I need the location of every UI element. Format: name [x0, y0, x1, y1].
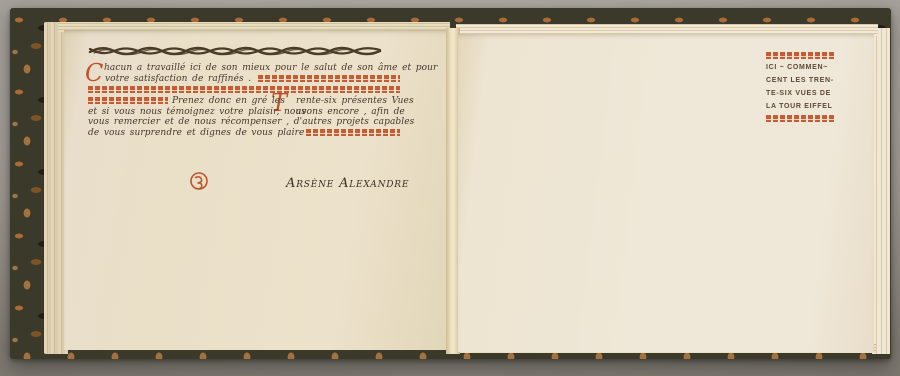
paragraph-line-4b: rente-six présentes Vues: [296, 96, 414, 107]
ornament-strip: [258, 75, 400, 82]
caption-line-1: ICI ~ COMMEN~: [766, 63, 828, 72]
ornament-strip: [88, 86, 400, 93]
paragraph-line-4a: Prenez donc en gré les: [172, 96, 285, 107]
paragraph-line-7: de vous surprendre et dignes de vous pla…: [88, 128, 312, 139]
drop-cap-C: C: [85, 62, 103, 84]
caption-line-2: CENT LES TREN-: [766, 76, 834, 85]
paragraph-line-5a: et si vous nous témoignez votre plaisir,…: [88, 107, 306, 118]
paragraph-line-6: vous remercier et de nous récompenser , …: [88, 117, 414, 128]
left-page: C T hacun a travaillé ici de son mieux p…: [64, 30, 448, 350]
right-page: ICI ~ COMMEN~ CENT LES TREN- TE-SIX VUES…: [458, 34, 874, 352]
caption-line-4: LA TOUR EIFFEL: [766, 102, 833, 111]
ornament-strip: [88, 97, 168, 104]
printers-seal-icon: [189, 171, 209, 191]
paragraph-line-5b: avons encore , afin de: [296, 107, 405, 118]
paragraph-line-1: hacun a travaillé ici de son mieux pour …: [104, 63, 437, 74]
ornament-strip: [306, 129, 400, 136]
ornament-strip: [766, 52, 834, 59]
signature-arsene-alexandre: Arsène Alexandre: [286, 176, 409, 191]
ornamental-braid: [88, 44, 386, 58]
caption-line-3: TE-SIX VUES DE: [766, 89, 831, 98]
page-edges-right: [872, 28, 890, 354]
paragraph-line-2: votre satisfaction de raffinés .: [105, 74, 251, 85]
ornament-strip: [766, 115, 834, 122]
photo-of-open-book: C T hacun a travaillé ici de son mieux p…: [0, 0, 900, 376]
